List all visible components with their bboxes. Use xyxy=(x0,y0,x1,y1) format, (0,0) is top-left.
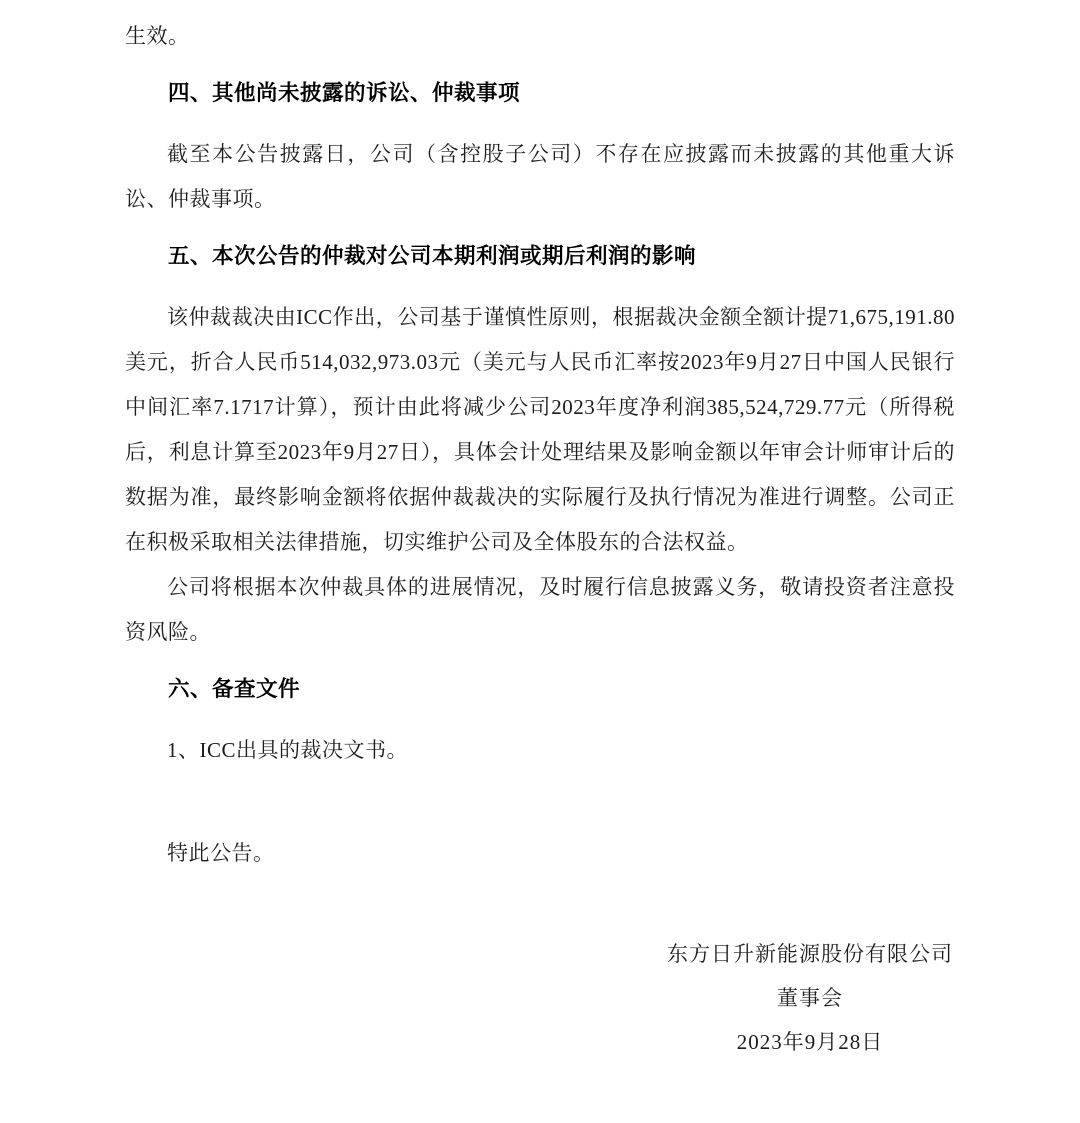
paragraph-arbitration-impact: 该仲裁裁决由ICC作出，公司基于谨慎性原则，根据裁决金额全额计提71,675,1… xyxy=(125,295,955,565)
continuation-text: 生效。 xyxy=(125,14,955,59)
signature-company-name: 东方日升新能源股份有限公司 xyxy=(667,932,953,976)
signature-board: 董事会 xyxy=(667,976,953,1020)
paragraph-undisclosed-litigation: 截至本公告披露日，公司（含控股子公司）不存在应披露而未披露的其他重大诉讼、仲裁事… xyxy=(125,132,955,222)
section-heading-profit-impact: 五、本次公告的仲裁对公司本期利润或期后利润的影响 xyxy=(125,234,955,279)
announcement-page: 生效。 四、其他尚未披露的诉讼、仲裁事项 截至本公告披露日，公司（含控股子公司）… xyxy=(0,0,1080,1123)
signature-date: 2023年9月28日 xyxy=(667,1020,953,1064)
signature-block: 东方日升新能源股份有限公司 董事会 2023年9月28日 xyxy=(667,932,953,1064)
section-heading-reference-documents: 六、备查文件 xyxy=(125,667,955,712)
paragraph-disclosure-obligation: 公司将根据本次仲裁具体的进展情况，及时履行信息披露义务，敬请投资者注意投资风险。 xyxy=(125,565,955,655)
list-item-icc-award-document: 1、ICC出具的裁决文书。 xyxy=(125,728,955,773)
closing-line: 特此公告。 xyxy=(125,831,955,876)
section-heading-other-litigation: 四、其他尚未披露的诉讼、仲裁事项 xyxy=(125,71,955,116)
